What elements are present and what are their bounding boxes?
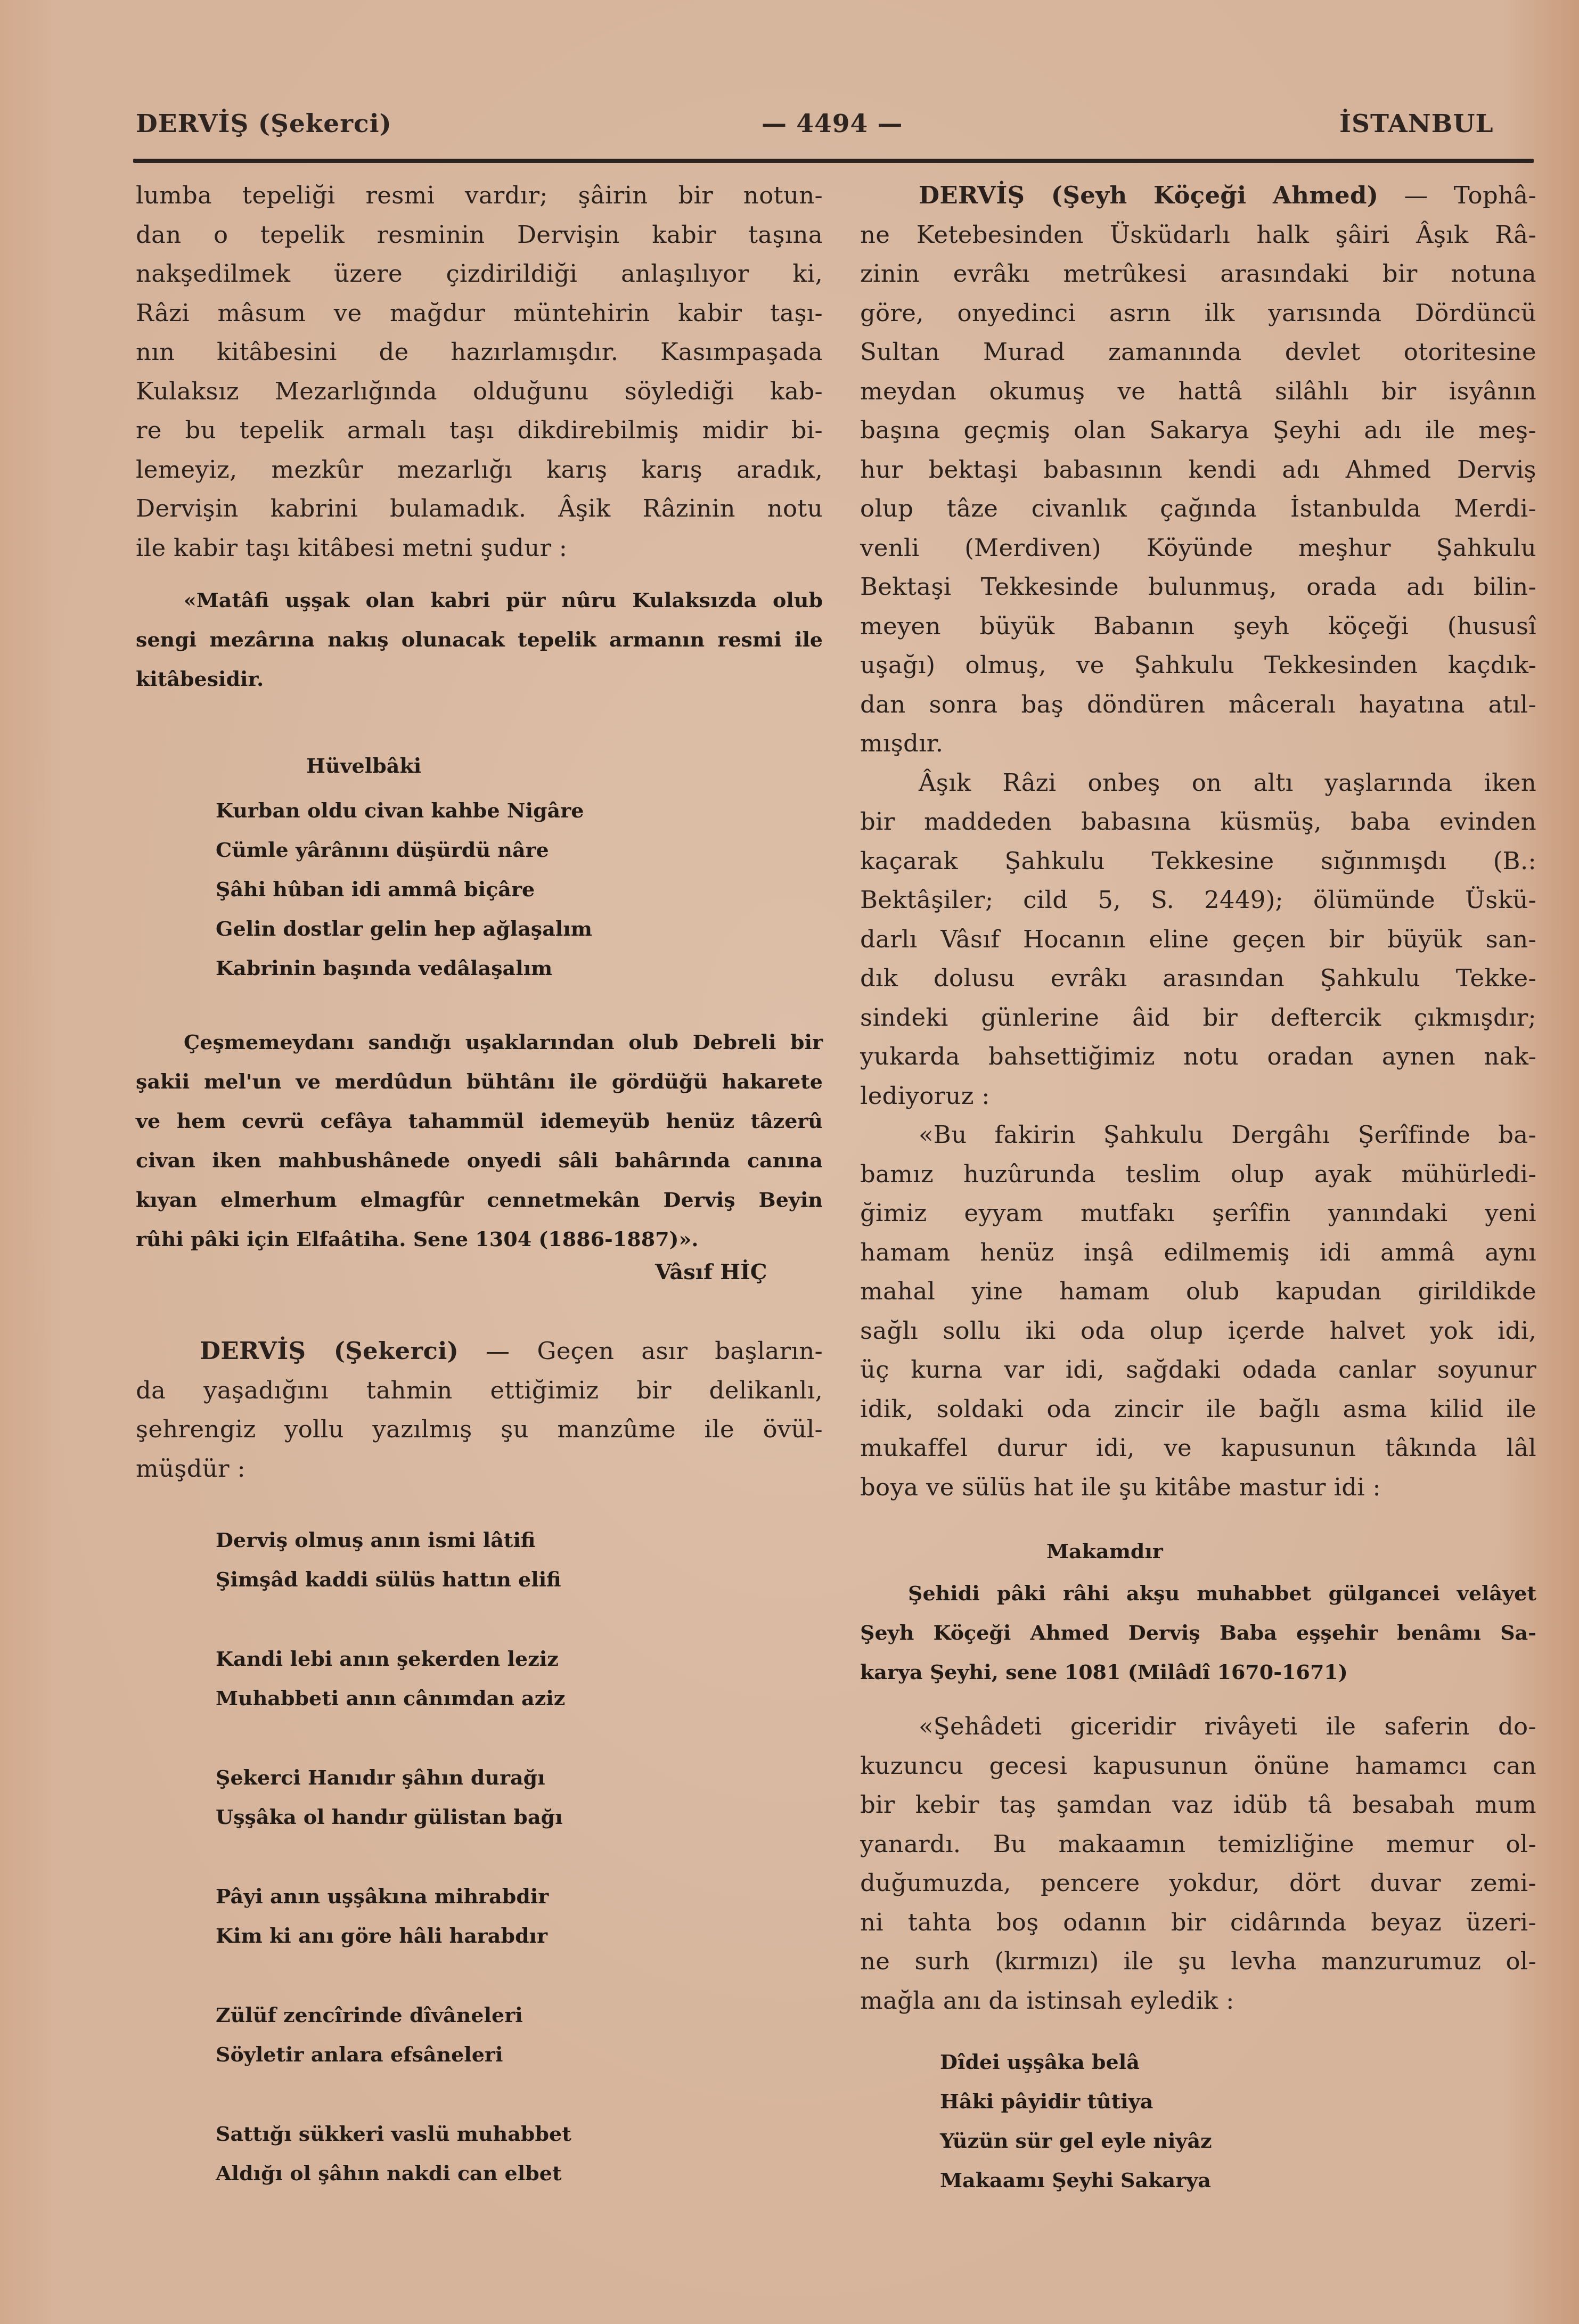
text-line: göre, onyedinci asrın ilk yarısında Dörd… — [860, 293, 1536, 333]
verse-line: Yüzün sür gel eyle niyâz — [940, 2121, 1212, 2161]
text-line: bamız huzûrunda teslim olup ayak mühürle… — [860, 1155, 1536, 1194]
inscription-intro: «Matâfi uşşak olan kabri pür nûru Kulaks… — [136, 580, 823, 699]
text-line: ve hem cevrü cefâya tahammül idemeyüb he… — [136, 1101, 823, 1141]
plaque-text: Şehidi pâki râhi akşu muhabbet gülgancei… — [860, 1574, 1536, 1692]
text-line: hur bektaşi babasının kendi adı Ahmed De… — [860, 450, 1536, 489]
quote-second: «Şehâdeti giceridir rivâyeti ile saferin… — [860, 1707, 1536, 2020]
text-line: olup tâze civanlık çağında İstanbulda Me… — [860, 489, 1536, 528]
text-line: mağla anı da istinsah eyledik : — [860, 1981, 1536, 2020]
em-dash: — — [459, 1337, 537, 1365]
running-head-left: DERVİŞ (Şekerci) — [136, 109, 392, 138]
text-line: yanardı. Bu makaamın temizliğine memur o… — [860, 1824, 1536, 1864]
text-line: lumba tepeliği resmi vardır; şâirin bir … — [136, 176, 823, 215]
text-line: uşağı) olmuş, ve Şahkulu Tekkesinden kaç… — [860, 645, 1536, 685]
text-line: yukarda bahsettiğimiz notu oradan aynen … — [860, 1037, 1536, 1076]
verse-line: Pâyi anın uşşâkına mihrabdir — [216, 1877, 571, 1916]
text-line: dık dolusu evrâkı arasından Şahkulu Tekk… — [860, 959, 1536, 998]
text-line: «Matâfi uşşak olan kabri pür nûru Kulaks… — [136, 580, 823, 620]
text-line: idik, soldaki oda zincir ile bağlı asma … — [860, 1389, 1536, 1429]
text-line: mukaffel durur idi, ve kapusunun tâkında… — [860, 1428, 1536, 1468]
text-line: Âşık Râzi onbeş on altı yaşlarında iken — [860, 763, 1536, 803]
text-line: mahal yine hamam olub kapudan girildikde — [860, 1272, 1536, 1311]
verse-line: Zülüf zencîrinde dîvâneleri — [216, 1995, 571, 2035]
text-line: şakii mel'un ve merdûdun bühtânı ile gör… — [136, 1062, 823, 1101]
text-line: sağlı sollu iki oda olup içerde halvet y… — [860, 1311, 1536, 1351]
text-line: darlı Vâsıf Hocanın eline geçen bir büyü… — [860, 920, 1536, 959]
stanza: Kandi lebi anın şekerden leziz Muhabbeti… — [216, 1639, 571, 1718]
text-line: Bektâşiler; cild 5, S. 2449); ölümünde Ü… — [860, 880, 1536, 920]
text-line: DERVİŞ (Şeyh Köçeği Ahmed) — Tophâ- — [860, 176, 1536, 215]
text-line: Şehidi pâki râhi akşu muhabbet gülgancei… — [860, 1574, 1536, 1613]
verse-line: Derviş olmuş anın ismi lâtifi — [216, 1520, 571, 1560]
verse-line: Kabrinin başında vedâlaşalım — [216, 948, 592, 988]
verse-line: Kim ki anı göre hâli harabdır — [216, 1916, 571, 1955]
text-line: da yaşadığını tahmin ettiğimiz bir delik… — [136, 1371, 823, 1410]
text-line: boya ve sülüs hat ile şu kitâbe mastur i… — [860, 1468, 1536, 1507]
verse-line: Muhabbeti anın cânımdan aziz — [216, 1679, 571, 1718]
text-line: kuzuncu gecesi kapusunun önüne hamamcı c… — [860, 1746, 1536, 1786]
page-number: — 4494 — — [762, 109, 903, 138]
text-line: nın kitâbesini de hazırlamışdır. Kasımpa… — [136, 332, 823, 372]
text-line: duğumuzda, pencere yokdur, dört duvar ze… — [860, 1863, 1536, 1903]
entry-title: DERVİŞ (Şeyh Köçeği Ahmed) — [919, 181, 1378, 209]
header-rule — [133, 159, 1534, 163]
text-line: Râzi mâsum ve mağdur müntehirin kabir ta… — [136, 293, 823, 333]
text-line: şehrengiz yollu yazılmış şu manzûme ile … — [136, 1410, 823, 1449]
continuation-paragraph: lumba tepeliği resmi vardır; şâirin bir … — [136, 176, 823, 567]
verse-line: Makaamı Şeyhi Sakarya — [940, 2161, 1212, 2200]
inscription-heading: Hüvelbâki — [306, 754, 421, 778]
text-line: Çeşmemeydanı sandığı uşaklarından olub D… — [136, 1022, 823, 1062]
text-line: re bu tepelik armalı taşı dikdirebilmiş … — [136, 411, 823, 450]
text-line: ne surh (kırmızı) ile şu levha manzurumu… — [860, 1942, 1536, 1981]
text-line: ile kabir taşı kitâbesi metni şudur : — [136, 528, 823, 568]
verse-line: Hâki pâyidir tûtiya — [940, 2082, 1212, 2121]
inscription-prose: Çeşmemeydanı sandığı uşaklarından olub D… — [136, 1022, 823, 1259]
text-line: hamam henüz inşâ edilmemiş idi ammâ aynı — [860, 1233, 1536, 1272]
entry-dervis-sekerci: DERVİŞ (Şekerci) — Geçen asır başların- … — [136, 1331, 823, 1488]
stanza: Sattığı sükkeri vaslü muhabbet Aldığı ol… — [216, 2114, 571, 2193]
verse-line: Gelin dostlar gelin hep ağlaşalım — [216, 909, 592, 948]
text-line: lediyoruz : — [860, 1076, 1536, 1116]
inscription-verse: Kurban oldu civan kahbe Nigâre Cümle yâr… — [216, 791, 592, 988]
verse-line: Kandi lebi anın şekerden leziz — [216, 1639, 571, 1679]
text-line: meydan okumuş ve hattâ silâhlı bir isyân… — [860, 372, 1536, 411]
entry-first-line: Tophâ- — [1454, 181, 1536, 209]
verse-line: Şâhi hûban idi ammâ biçâre — [216, 870, 592, 909]
stanza: Pâyi anın uşşâkına mihrabdir Kim ki anı … — [216, 1877, 571, 1955]
verse-line: Cümle yârânını düşürdü nâre — [216, 830, 592, 870]
text-line: kıyan elmerhum elmagfûr cennetmekân Derv… — [136, 1180, 823, 1220]
text-line: DERVİŞ (Şekerci) — Geçen asır başların- — [136, 1331, 823, 1371]
verse-line: Şekerci Hanıdır şâhın durağı — [216, 1758, 571, 1797]
verse-line: Dîdei uşşâka belâ — [940, 2042, 1212, 2082]
signature: Vâsıf HİÇ — [655, 1259, 767, 1284]
text-line: Şeyh Köçeği Ahmed Derviş Baba eşşehir be… — [860, 1613, 1536, 1652]
text-line: üç kurna var idi, sağdaki odada canlar s… — [860, 1350, 1536, 1389]
text-line: bir kebir taş şamdan vaz idüb tâ besabah… — [860, 1785, 1536, 1824]
text-line: ğimiz eyyam mutfakı şerîfin yanındaki ye… — [860, 1193, 1536, 1233]
text-line: sengi mezârına nakış olunacak tepelik ar… — [136, 620, 823, 659]
text-line: kitâbesidir. — [136, 659, 823, 699]
text-line: kaçarak Şahkulu Tekkesine sığınmışdı (B.… — [860, 841, 1536, 881]
text-line: meyen büyük Babanın şeyh köçeği (hususî — [860, 607, 1536, 646]
text-line: sindeki günlerine âid bir deftercik çıkm… — [860, 998, 1536, 1037]
em-dash: — — [1378, 181, 1453, 209]
encyclopedia-page: DERVİŞ (Şekerci) — 4494 — İSTANBUL lumba… — [0, 0, 1579, 2324]
text-line: başına geçmiş olan Sakarya Şeyhi adı ile… — [860, 411, 1536, 450]
entry-dervis-seyh-kocegi-ahmed: DERVİŞ (Şeyh Köçeği Ahmed) — Tophâ- ne K… — [860, 176, 1536, 1507]
stanza: Derviş olmuş anın ismi lâtifi Şimşâd kad… — [216, 1520, 571, 1599]
text-line: dan sonra baş döndüren mâceralı hayatına… — [860, 685, 1536, 724]
entry-first-line: Geçen asır başların- — [537, 1337, 823, 1365]
text-line: mışdır. — [860, 724, 1536, 763]
plaque-heading: Makamdır — [1046, 1539, 1163, 1563]
text-line: dan o tepelik resminin Dervişin kabir ta… — [136, 215, 823, 255]
text-line: karya Şeyhi, sene 1081 (Milâdî 1670-1671… — [860, 1652, 1536, 1692]
text-line: civan iken mahbushânede onyedi sâli bahâ… — [136, 1141, 823, 1180]
text-line: «Şehâdeti giceridir rivâyeti ile saferin… — [860, 1707, 1536, 1746]
text-line: rûhi pâki için Elfaâtiha. Sene 1304 (188… — [136, 1220, 823, 1259]
text-line: Bektaşi Tekkesinde bulunmuş, orada adı b… — [860, 567, 1536, 607]
entry-title: DERVİŞ (Şekerci) — [200, 1337, 459, 1365]
text-line: müşdür : — [136, 1449, 823, 1488]
verse-line: Kurban oldu civan kahbe Nigâre — [216, 791, 592, 830]
text-line: venli (Merdiven) Köyünde meşhur Şahkulu — [860, 528, 1536, 568]
sehrengiz-poem: Derviş olmuş anın ismi lâtifi Şimşâd kad… — [216, 1520, 571, 2193]
text-line: zinin evrâkı metrûkesi arasındaki bir no… — [860, 254, 1536, 293]
text-line: ni tahta boş odanın bir cidârında beyaz … — [860, 1903, 1536, 1942]
text-line: ne Ketebesinden Üsküdarlı halk şâiri Âşı… — [860, 215, 1536, 255]
verse-line: Aldığı ol şâhın nakdi can elbet — [216, 2154, 571, 2193]
text-line: «Bu fakirin Şahkulu Dergâhı Şerîfinde ba… — [860, 1115, 1536, 1155]
stanza: Zülüf zencîrinde dîvâneleri Söyletir anl… — [216, 1995, 571, 2074]
text-line: lemeyiz, mezkûr mezarlığı karış karış ar… — [136, 450, 823, 489]
verse-line: Uşşâka ol handır gülistan bağı — [216, 1797, 571, 1837]
levha-verse: Dîdei uşşâka belâ Hâki pâyidir tûtiya Yü… — [940, 2042, 1212, 2200]
text-line: Dervişin kabrini bulamadık. Âşik Râzinin… — [136, 489, 823, 528]
verse-line: Sattığı sükkeri vaslü muhabbet — [216, 2114, 571, 2154]
verse-line: Şimşâd kaddi sülüs hattın elifi — [216, 1560, 571, 1599]
text-line: bir maddeden babasına küsmüş, baba evind… — [860, 802, 1536, 841]
stanza: Şekerci Hanıdır şâhın durağı Uşşâka ol h… — [216, 1758, 571, 1837]
text-line: Sultan Murad zamanında devlet otoritesin… — [860, 332, 1536, 372]
text-line: Kulaksız Mezarlığında olduğunu söylediği… — [136, 372, 823, 411]
text-line: nakşedilmek üzere çizdirildiği anlaşılıy… — [136, 254, 823, 293]
verse-line: Söyletir anlara efsâneleri — [216, 2035, 571, 2074]
running-head-right: İSTANBUL — [1339, 109, 1494, 138]
